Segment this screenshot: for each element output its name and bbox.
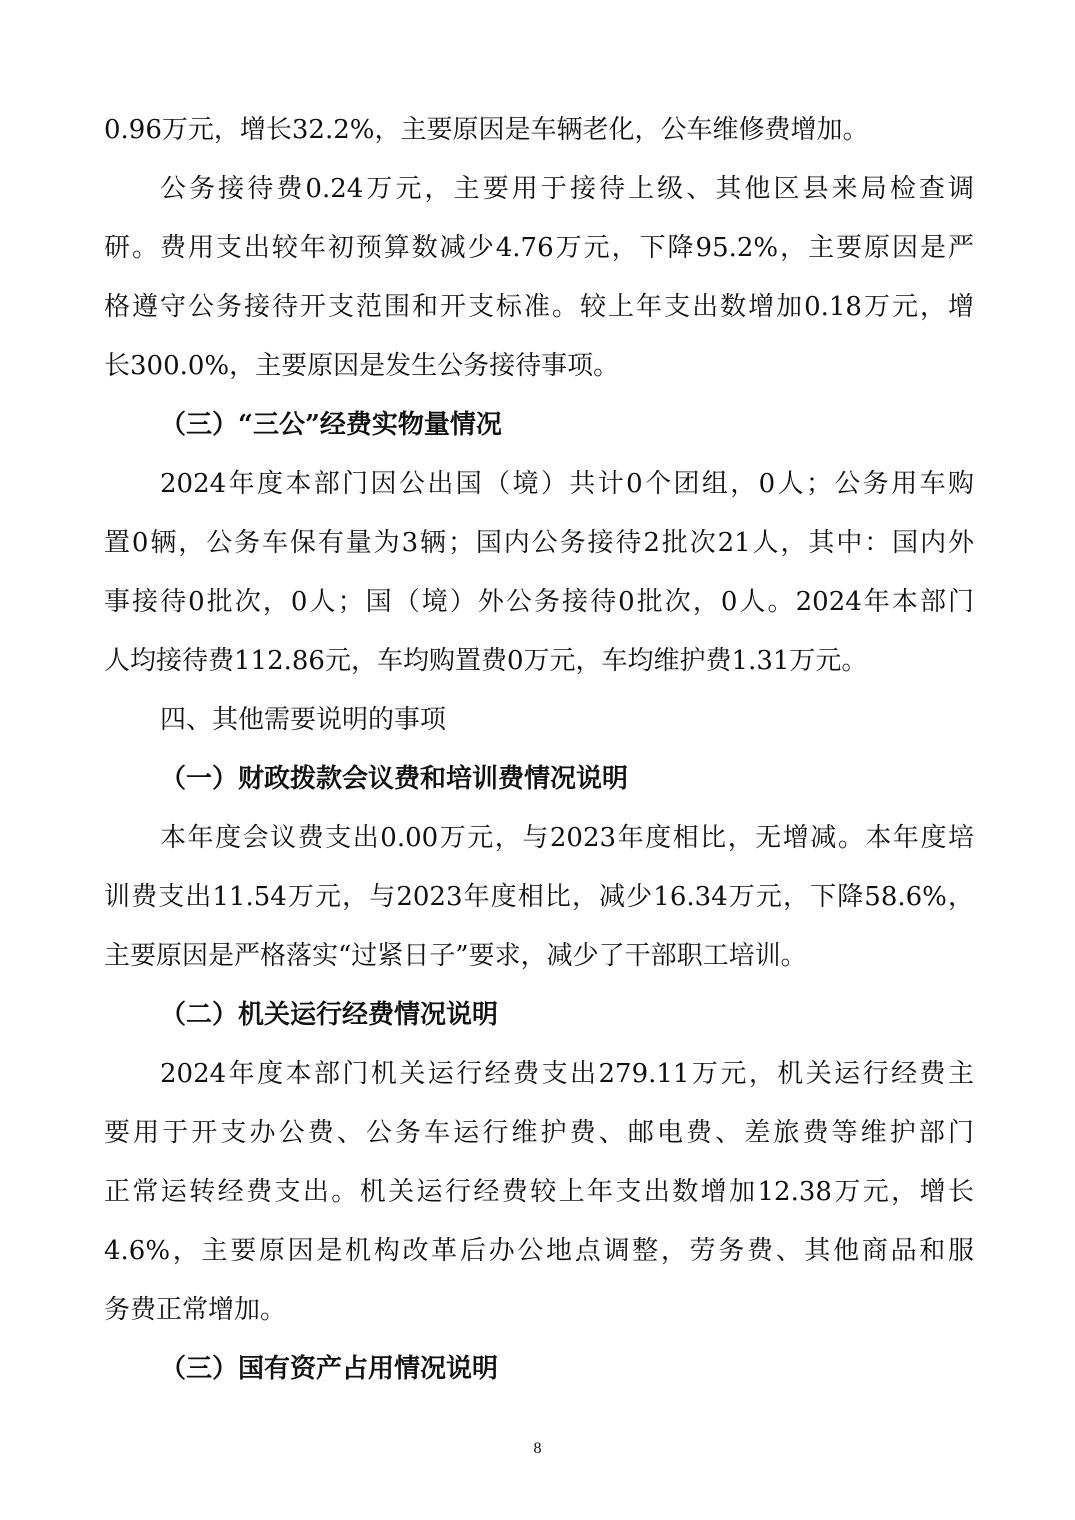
paragraph-line: 格遵守公务接待开支范围和开支标准。较上年支出数增加0.18万元，增 [104,290,974,324]
document-page: 0.96万元，增长32.2%，主要原因是车辆老化，公车维修费增加。 公务接待费0… [0,0,1075,1520]
paragraph-line: 长300.0%，主要原因是发生公务接待事项。 [104,349,974,383]
paragraph-line: 训费支出11.54万元，与2023年度相比，减少16.34万元，下降58.6%， [104,880,974,914]
section-subheading: （三）国有资产占用情况说明 [160,1352,498,1386]
section-subheading: （三）“三公”经费实物量情况 [160,408,502,442]
section-heading: 四、其他需要说明的事项 [160,703,446,737]
paragraph-line: 正常运转经费支出。机关运行经费较上年支出数增加12.38万元，增长 [104,1175,974,1209]
paragraph-line: 2024年度本部门因公出国（境）共计0个团组，0人；公务用车购 [160,467,974,501]
paragraph-line: 主要原因是严格落实“过紧日子”要求，减少了干部职工培训。 [104,939,974,973]
paragraph-line: 0.96万元，增长32.2%，主要原因是车辆老化，公车维修费增加。 [104,113,974,147]
paragraph-line: 本年度会议费支出0.00万元，与2023年度相比，无增减。本年度培 [160,821,974,855]
paragraph-line: 公务接待费0.24万元，主要用于接待上级、其他区县来局检查调 [160,172,974,206]
paragraph-line: 事接待0批次，0人；国（境）外公务接待0批次，0人。2024年本部门 [104,585,974,619]
paragraph-line: 要用于开支办公费、公务车运行维护费、邮电费、差旅费等维护部门 [104,1116,974,1150]
paragraph-line: 2024年度本部门机关运行经费支出279.11万元，机关运行经费主 [160,1057,974,1091]
page-number: 8 [0,1440,1075,1458]
section-subheading: （一）财政拨款会议费和培训费情况说明 [160,762,628,796]
paragraph-line: 置0辆，公务车保有量为3辆；国内公务接待2批次21人，其中：国内外 [104,526,974,560]
paragraph-line: 务费正常增加。 [104,1293,974,1327]
paragraph-line: 4.6%，主要原因是机构改革后办公地点调整，劳务费、其他商品和服 [104,1234,974,1268]
paragraph-line: 人均接待费112.86元，车均购置费0万元，车均维护费1.31万元。 [104,644,974,678]
section-subheading: （二）机关运行经费情况说明 [160,998,498,1032]
paragraph-line: 研。费用支出较年初预算数减少4.76万元，下降95.2%，主要原因是严 [104,231,974,265]
